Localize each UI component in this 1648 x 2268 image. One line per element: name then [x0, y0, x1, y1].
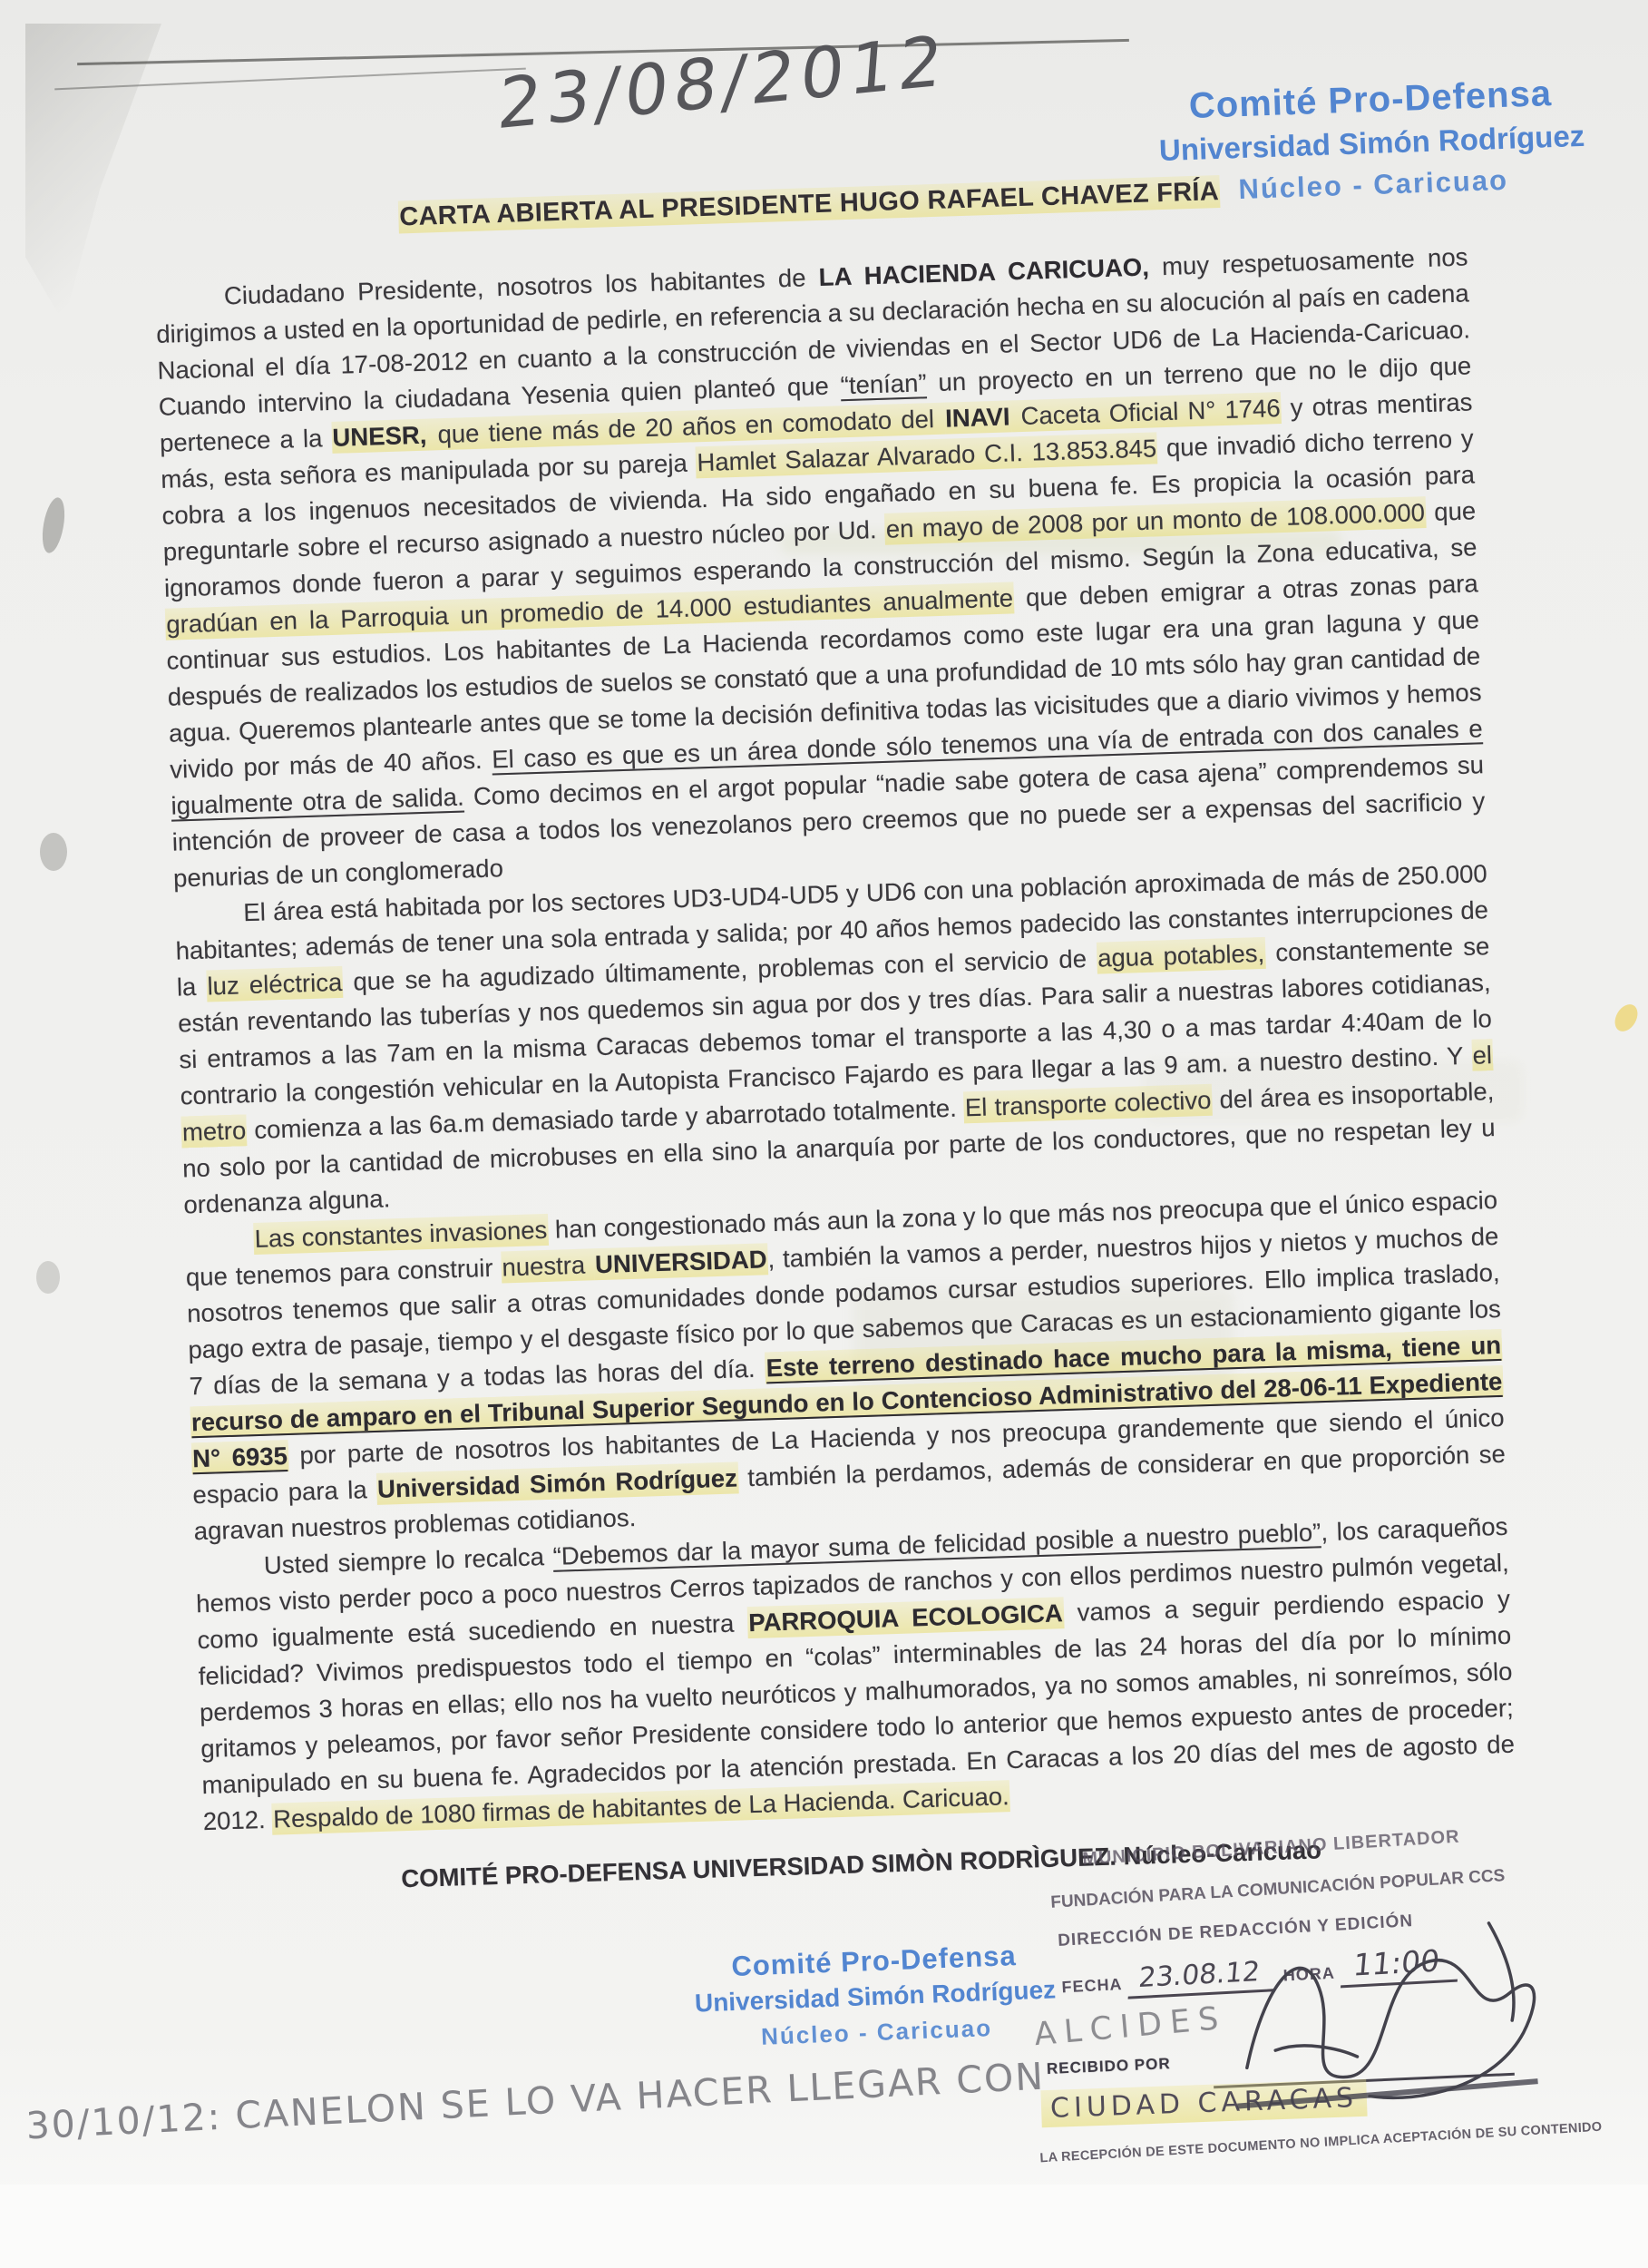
text-segment: UNIVERSIDAD: [594, 1243, 768, 1280]
letter-title: CARTA ABIERTA AL PRESIDENTE HUGO RAFAEL …: [152, 170, 1466, 240]
receipt-fine-print: LA RECEPCIÓN DE ESTE DOCUMENTO NO IMPLIC…: [1039, 2120, 1603, 2166]
letter-title-text: CARTA ABIERTA AL PRESIDENTE HUGO RAFAEL …: [398, 175, 1221, 233]
handwritten-bottom-note: 30/10/12: CANELON SE LO VA HACER LLEGAR …: [24, 2055, 1045, 2148]
text-segment: LA HACIENDA CARICUAO,: [818, 253, 1149, 291]
text-segment: nuestra: [501, 1248, 595, 1283]
text-segment: UNESR,: [331, 419, 428, 454]
handwritten-date: 23/08/2012: [495, 20, 951, 145]
paragraph: El área está habitada por los sectores U…: [174, 855, 1497, 1223]
yellow-mark-artifact: [1610, 1001, 1642, 1036]
letter-body: Ciudadano Presidente, nosotros los habit…: [154, 239, 1516, 1840]
signature-scrawl: [1216, 1905, 1550, 2129]
stamp-line: Núcleo - Caricuao: [686, 2011, 1068, 2054]
text-segment: “tenían”: [840, 368, 927, 399]
paper-smudge: [36, 1261, 60, 1294]
text-segment: El transporte colectivo: [963, 1084, 1213, 1124]
recibido-por-label: RECIBIDO POR: [1047, 2055, 1171, 2078]
scan-bottom-strip: [0, 2185, 1648, 2268]
scanned-letter-page: 23/08/2012 Comité Pro-Defensa Universida…: [0, 0, 1648, 2268]
paragraph: Las constantes invasiones han congestion…: [184, 1182, 1507, 1549]
paragraph: Ciudadano Presidente, nosotros los habit…: [154, 239, 1487, 896]
fecha-label: FECHA: [1061, 1975, 1123, 2002]
text-segment: INAVI: [944, 400, 1011, 434]
text-segment: Usted siempre lo recalca: [263, 1542, 553, 1579]
paper-smudge: [40, 833, 67, 871]
paper-smudge: [39, 496, 68, 555]
text-segment: Universidad Simón Rodríguez: [376, 1461, 739, 1505]
committee-stamp-bottom: Comité Pro-Defensa Universidad Simón Rod…: [683, 1938, 1068, 2054]
text-segment: Caceta Oficial N° 1746: [1010, 392, 1282, 432]
text-segment: Las constantes invasiones: [253, 1214, 549, 1255]
text-segment: agua potables,: [1097, 937, 1266, 974]
paragraph: Usted siempre lo recalca “Debemos dar la…: [194, 1509, 1516, 1840]
text-segment: luz eléctrica: [206, 966, 344, 1002]
torn-corner-artifact: [25, 24, 161, 323]
letter-content: CARTA ABIERTA AL PRESIDENTE HUGO RAFAEL …: [152, 170, 1518, 1901]
receipt-stamp-fundacion: FUNDACIÓN PARA LA COMUNICACIÓN POPULAR C…: [1050, 1866, 1506, 1913]
text-segment: PARROQUIA ECOLOGICA: [747, 1597, 1065, 1638]
